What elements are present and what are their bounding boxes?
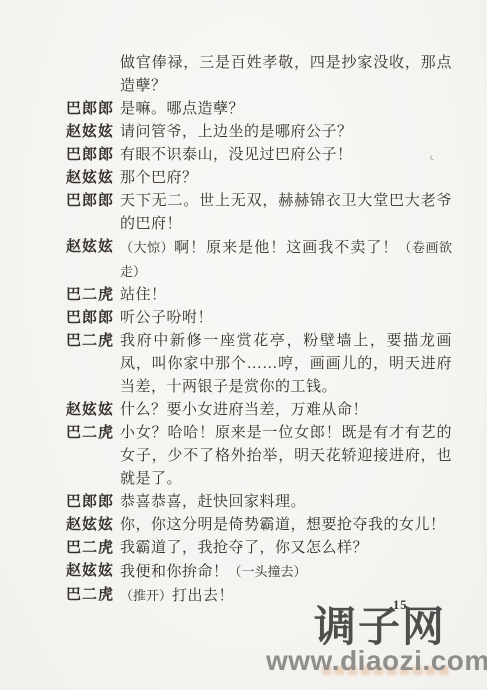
dialogue-text: 我便和你拚命！（一头撞去） — [120, 560, 452, 584]
dialogue-text: 我霸道了，我抢夺了，你又怎么样？ — [120, 537, 452, 560]
dialogue-line: 巴郎郎 听公子吩咐！ — [66, 307, 452, 330]
dialogue-line: 巴二虎 我霸道了，我抢夺了，你又怎么样？ — [66, 537, 452, 560]
dialogue-text: 那个巴府？ — [120, 167, 452, 190]
speaker-name: 赵妶妶 — [66, 121, 113, 144]
dialogue-line: 巴二虎 小女？哈哈！原来是一位女郎！既是有才有艺的女子，少不了格外抬举，明天花轿… — [66, 422, 452, 491]
play-script-text: 做官俸禄，三是百姓孝敬，四是抄家没收，那点造孽？ 巴郎郎 是嘛。哪点造孽？ 赵妶… — [66, 52, 452, 608]
dialogue-line: 赵妶妶 （大惊）啊！原来是他！这画我不卖了！（卷画欲走） — [66, 236, 452, 284]
dialogue-text: 是嘛。哪点造孽？ — [120, 98, 452, 121]
dialogue-line: 巴二虎 我府中新修一座赏花亭，粉壁墙上，要描龙画凤，叫你家中那个……哼，画画儿的… — [66, 330, 452, 399]
speaker-name: 赵妶妶 — [66, 236, 113, 259]
stage-direction: （一头撞去） — [229, 564, 307, 579]
dialogue-text: 我府中新修一座赏花亭，粉壁墙上，要描龙画凤，叫你家中那个……哼，画画儿的，明天进… — [120, 330, 452, 399]
dialogue-text: 小女？哈哈！原来是一位女郎！既是有才有艺的女子，少不了格外抬举，明天花轿迎接进府… — [120, 422, 452, 491]
speaker-name: 巴郎郎 — [66, 98, 113, 121]
dialogue-line: 巴郎郎 天下无二。世上无双，赫赫锦衣卫大堂巴大老爷的巴府！ — [66, 190, 452, 236]
dialogue-text: 恭喜恭喜，赶快回家料理。 — [120, 491, 452, 514]
speaker-name: 巴二虎 — [66, 330, 113, 353]
dialogue-line: 做官俸禄，三是百姓孝敬，四是抄家没收，那点造孽？ — [66, 52, 452, 98]
speaker-name: 赵妶妶 — [66, 514, 113, 537]
dialogue-line: 赵妶妶 我便和你拚命！（一头撞去） — [66, 560, 452, 584]
dialogue-text: 什么？要小女进府当差，万难从命！ — [120, 399, 452, 422]
dialogue-line: 巴郎郎 是嘛。哪点造孽？ — [66, 98, 452, 121]
dialogue-line: 赵妶妶 请问管爷，上边坐的是哪府公子？ — [66, 121, 452, 144]
dialogue-text: 你，你这分明是倚势霸道，想要抢夺我的女儿！ — [120, 514, 452, 537]
dialogue-line: 赵妶妶 什么？要小女进府当差，万难从命！ — [66, 399, 452, 422]
dialogue-text: 天下无二。世上无双，赫赫锦衣卫大堂巴大老爷的巴府！ — [120, 190, 452, 236]
speaker-name: 巴郎郎 — [66, 307, 113, 330]
speaker-name: 巴二虎 — [66, 422, 113, 445]
dialogue-text: 站住！ — [120, 284, 452, 307]
dialogue-text: 做官俸禄，三是百姓孝敬，四是抄家没收，那点造孽？ — [120, 52, 452, 98]
dialogue-text: 听公子吩咐！ — [120, 307, 452, 330]
dialogue-line: 巴二虎 站住！ — [66, 284, 452, 307]
stage-direction: （推开） — [120, 588, 172, 603]
speaker-name: 巴二虎 — [66, 537, 113, 560]
dialogue-line: 赵妶妶 你，你这分明是倚势霸道，想要抢夺我的女儿！ — [66, 514, 452, 537]
speaker-name: 赵妶妶 — [66, 167, 113, 190]
dialogue-line: 巴郎郎 有眼不识泰山，没见过巴府公子！ — [66, 144, 452, 167]
stage-direction: （大惊） — [120, 240, 174, 255]
dialogue-line: 赵妶妶 那个巴府？ — [66, 167, 452, 190]
speaker-name: 巴二虎 — [66, 284, 113, 307]
speaker-name: 赵妶妶 — [66, 560, 113, 583]
speaker-name: 巴郎郎 — [66, 491, 113, 514]
speaker-name: 赵妶妶 — [66, 399, 113, 422]
speaker-name: 巴二虎 — [66, 584, 113, 607]
dialogue-text: 有眼不识泰山，没见过巴府公子！ — [120, 144, 452, 167]
dialogue-line: 巴郎郎 恭喜恭喜，赶快回家料理。 — [66, 491, 452, 514]
scanned-book-page: 做官俸禄，三是百姓孝敬，四是抄家没收，那点造孽？ 巴郎郎 是嘛。哪点造孽？ 赵妶… — [0, 0, 487, 690]
dialogue-text: 请问管爷，上边坐的是哪府公子？ — [120, 121, 452, 144]
page-number: 15 — [393, 598, 408, 613]
dialogue-text: （大惊）啊！原来是他！这画我不卖了！（卷画欲走） — [120, 236, 452, 284]
speaker-name: 巴郎郎 — [66, 144, 113, 167]
speaker-name: 巴郎郎 — [66, 190, 113, 213]
watermark-site-url: www.diaozi.com — [266, 646, 487, 676]
watermark-site-name: 调子网 — [314, 604, 446, 650]
